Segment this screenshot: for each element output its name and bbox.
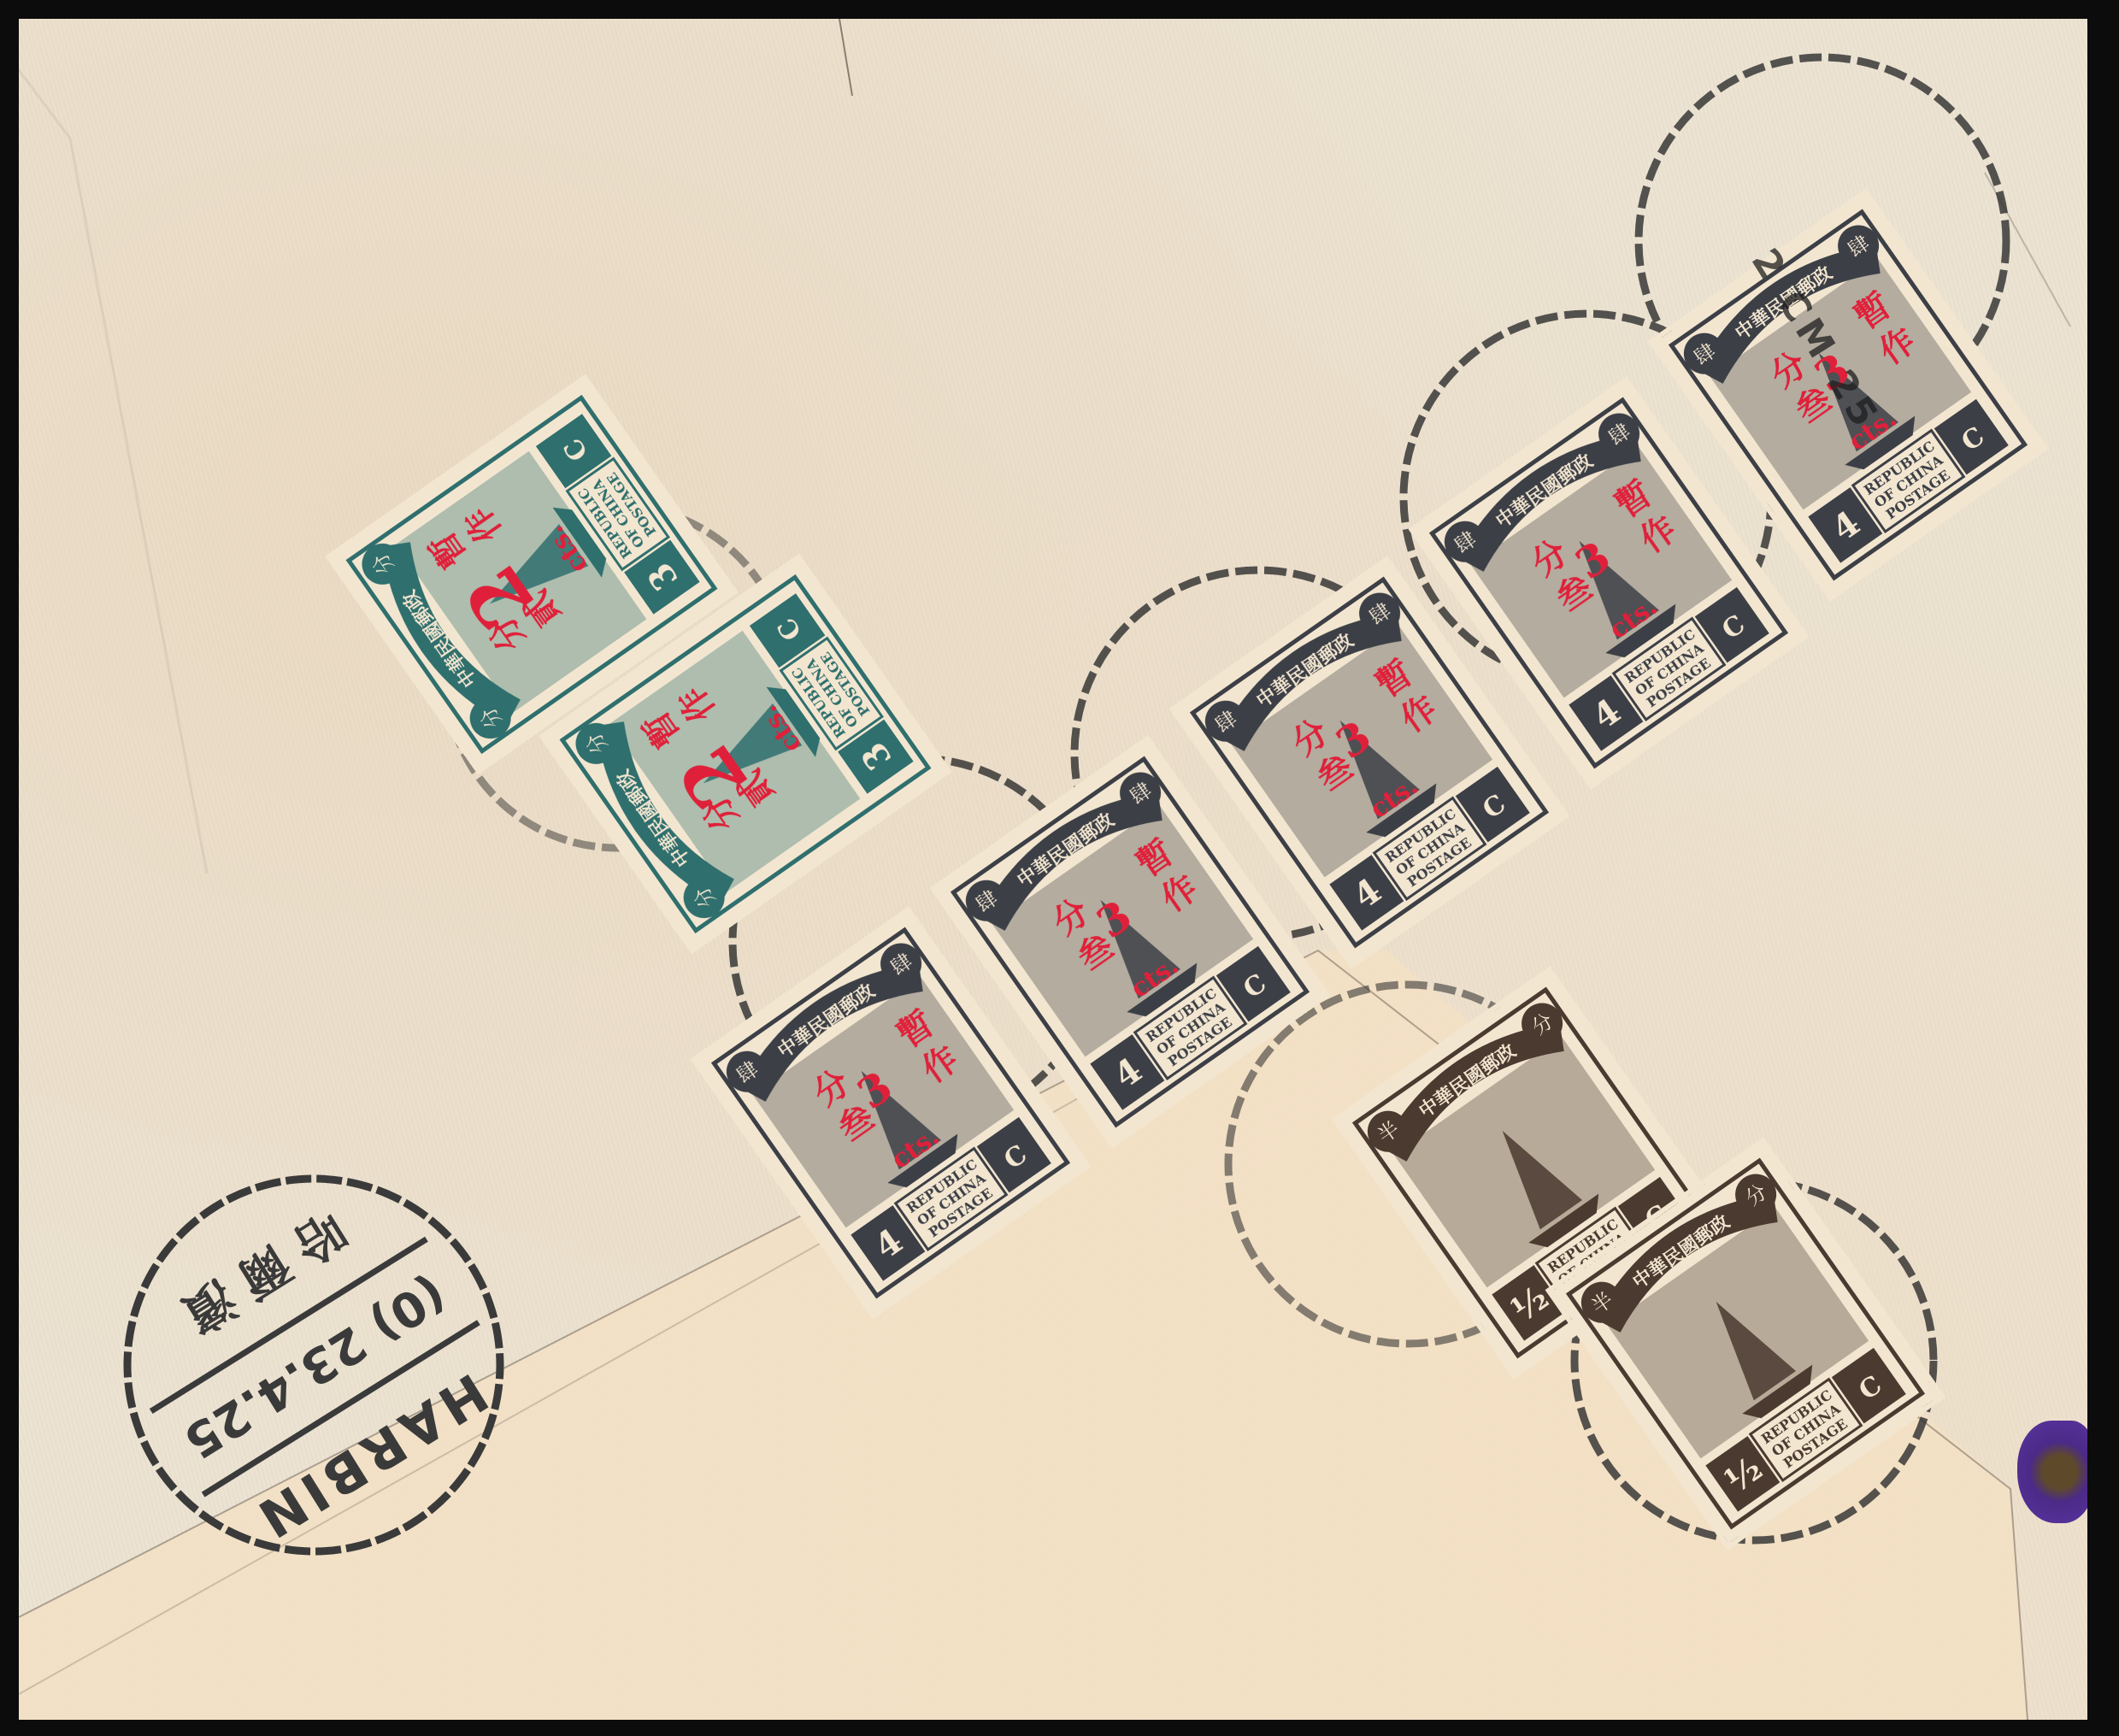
- envelope-back: HARBIN (0) 23.4.25 哈爾濱 中華民國郵政 分 分 3 C RE…: [19, 19, 2087, 1720]
- wax-seal: [2017, 1421, 2087, 1523]
